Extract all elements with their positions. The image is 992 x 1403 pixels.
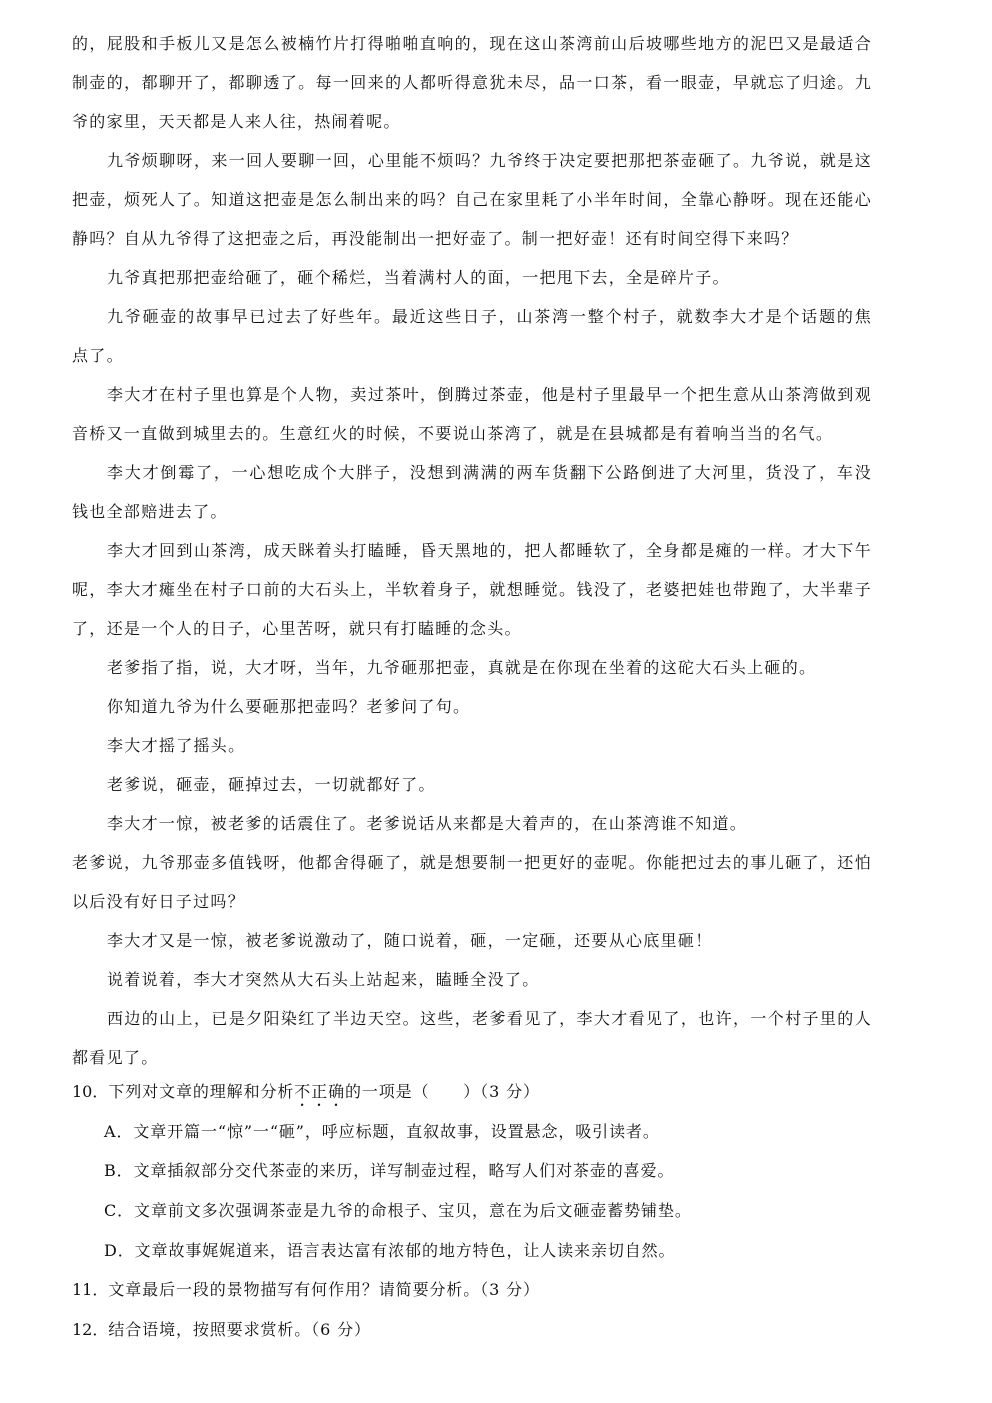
story-line: 静吗？自从九爷得了这把壶之后，再没能制出一把好壶了。制一把好壶！还有时间空得下来… <box>72 219 872 258</box>
option-text: 文章开篇一“惊”一“砸”，呼应标题，直叙故事，设置悬念，吸引读者。 <box>133 1122 659 1141</box>
story-line: 的，屁股和手板儿又是怎么被楠竹片打得啪啪直响的，现在这山茶湾前山后坡哪些地方的泥… <box>72 24 872 63</box>
story-paragraph: 的，屁股和手板儿又是怎么被楠竹片打得啪啪直响的，现在这山茶湾前山后坡哪些地方的泥… <box>72 24 872 141</box>
option-text: 文章插叙部分交代茶壶的来历，详写制壶过程，略写人们对茶壶的喜爱。 <box>134 1161 675 1180</box>
story-text: 的，屁股和手板儿又是怎么被楠竹片打得啪啪直响的，现在这山茶湾前山后坡哪些地方的泥… <box>72 24 872 1077</box>
story-paragraph: 老爹指了指，说，大才呀，当年，九爷砸那把壶，真就是在你现在坐着的这砣大石头上砸的… <box>72 648 872 687</box>
question-number: 10． <box>72 1072 108 1112</box>
story-line: 老爹指了指，说，大才呀，当年，九爷砸那把壶，真就是在你现在坐着的这砣大石头上砸的… <box>72 648 872 687</box>
questions-section: 10．下列对文章的理解和分析不正确的一项是（ ）（3 分） A．文章开篇一“惊”… <box>72 1072 872 1350</box>
story-line: 九爷真把那把壶给砸了，砸个稀烂，当着满村人的面，一把甩下去，全是碎片子。 <box>72 258 872 297</box>
story-paragraph: 九爷真把那把壶给砸了，砸个稀烂，当着满村人的面，一把甩下去，全是碎片子。 <box>72 258 872 297</box>
story-line: 制壶的，都聊开了，都聊透了。每一回来的人都听得意犹未尽，品一口茶，看一眼壶，早就… <box>72 63 872 102</box>
option-label: B． <box>104 1161 134 1180</box>
option-label: C． <box>104 1201 134 1220</box>
story-line: 呢，李大才瘫坐在村子口前的大石头上，半软着身子，就想睡觉。钱没了，老婆把娃也带跑… <box>72 570 872 609</box>
option-d: D．文章故事娓娓道来，语言表达富有浓郁的地方特色，让人读来亲切自然。 <box>72 1231 872 1271</box>
story-paragraph: 说着说着，李大才突然从大石头上站起来，瞌睡全没了。 <box>72 960 872 999</box>
option-c: C．文章前文多次强调茶壶是九爷的命根子、宝贝，意在为后文砸壶蓄势铺垫。 <box>72 1191 872 1231</box>
story-line: 说着说着，李大才突然从大石头上站起来，瞌睡全没了。 <box>72 960 872 999</box>
story-paragraph: 老爹说，砸壶，砸掉过去，一切就都好了。 <box>72 765 872 804</box>
story-line: 把壶，烦死人了。知道这把壶是怎么制出来的吗？自己在家里耗了小半年时间，全靠心静呀… <box>72 180 872 219</box>
story-paragraph: 九爷烦聊呀，来一回人要聊一回，心里能不烦吗？九爷终于决定要把那把茶壶砸了。九爷说… <box>72 141 872 258</box>
option-label: A． <box>104 1122 133 1141</box>
story-line: 李大才在村子里也算是个人物，卖过茶叶，倒腾过茶壶，他是村子里最早一个把生意从山茶… <box>72 375 872 414</box>
story-paragraph: 李大才一惊，被老爹的话震住了。老爹说话从来都是大着声的，在山茶湾谁不知道。 <box>72 804 872 843</box>
story-paragraph: 九爷砸壶的故事早已过去了好些年。最近这些日子，山茶湾一整个村子，就数李大才是个话… <box>72 297 872 375</box>
question-12: 12．结合语境，按照要求赏析。（6 分） <box>72 1310 872 1350</box>
story-paragraph: 李大才倒霉了，一心想吃成个大胖子，没想到满满的两车货翻下公路倒进了大河里，货没了… <box>72 453 872 531</box>
story-paragraph: 你知道九爷为什么要砸那把壶吗？老爹问了句。 <box>72 687 872 726</box>
story-paragraph: 李大才回到山茶湾，成天眯着头打瞌睡，昏天黑地的，把人都睡软了，全身都是瘫的一样。… <box>72 531 872 648</box>
story-paragraph: 老爹说，九爷那壶多值钱呀，他都舍得砸了，就是想要制一把更好的壶呢。你能把过去的事… <box>72 843 872 921</box>
story-line: 以后没有好日子过吗？ <box>72 882 872 921</box>
story-line: 老爹说，九爷那壶多值钱呀，他都舍得砸了，就是想要制一把更好的壶呢。你能把过去的事… <box>72 843 872 882</box>
story-line: 李大才一惊，被老爹的话震住了。老爹说话从来都是大着声的，在山茶湾谁不知道。 <box>72 804 872 843</box>
option-a: A．文章开篇一“惊”一“砸”，呼应标题，直叙故事，设置悬念，吸引读者。 <box>72 1112 872 1152</box>
story-paragraph: 西边的山上，已是夕阳染红了半边天空。这些，老爹看见了，李大才看见了，也许，一个村… <box>72 999 872 1077</box>
story-line: 九爷烦聊呀，来一回人要聊一回，心里能不烦吗？九爷终于决定要把那把茶壶砸了。九爷说… <box>72 141 872 180</box>
story-line: 爷的家里，天天都是人来人往，热闹着呢。 <box>72 102 872 141</box>
story-line: 李大才回到山茶湾，成天眯着头打瞌睡，昏天黑地的，把人都睡软了，全身都是瘫的一样。… <box>72 531 872 570</box>
question-text: 结合语境，按照要求赏析。（6 分） <box>108 1320 371 1339</box>
story-line: 你知道九爷为什么要砸那把壶吗？老爹问了句。 <box>72 687 872 726</box>
story-line: 了，还是一个人的日子，心里苦呀，就只有打瞌睡的念头。 <box>72 609 872 648</box>
story-line: 点了。 <box>72 336 872 375</box>
story-line: 李大才又是一惊，被老爹说激动了，随口说着，砸，一定砸，还要从心底里砸！ <box>72 921 872 960</box>
question-text: 下列对文章的理解和分析 <box>108 1082 294 1101</box>
story-line: 九爷砸壶的故事早已过去了好些年。最近这些日子，山茶湾一整个村子，就数李大才是个话… <box>72 297 872 336</box>
story-line: 西边的山上，已是夕阳染红了半边天空。这些，老爹看见了，李大才看见了，也许，一个村… <box>72 999 872 1038</box>
story-paragraph: 李大才在村子里也算是个人物，卖过茶叶，倒腾过茶壶，他是村子里最早一个把生意从山茶… <box>72 375 872 453</box>
option-label: D． <box>104 1241 135 1260</box>
story-line: 钱也全部赔进去了。 <box>72 492 872 531</box>
exam-page: 的，屁股和手板儿又是怎么被楠竹片打得啪啪直响的，现在这山茶湾前山后坡哪些地方的泥… <box>0 0 992 1403</box>
question-10: 10．下列对文章的理解和分析不正确的一项是（ ）（3 分） <box>72 1072 872 1112</box>
question-number: 12． <box>72 1310 108 1350</box>
question-11: 11．文章最后一段的景物描写有何作用？请简要分析。（3 分） <box>72 1270 872 1310</box>
story-line: 李大才倒霉了，一心想吃成个大胖子，没想到满满的两车货翻下公路倒进了大河里，货没了… <box>72 453 872 492</box>
story-line: 音桥又一直做到城里去的。生意红火的时候，不要说山茶湾了，就是在县城都是有着响当当… <box>72 414 872 453</box>
story-line: 李大才摇了摇头。 <box>72 726 872 765</box>
question-text: 的一项是（ ）（3 分） <box>345 1082 540 1101</box>
story-line: 老爹说，砸壶，砸掉过去，一切就都好了。 <box>72 765 872 804</box>
question-number: 11． <box>72 1270 108 1310</box>
story-paragraph: 李大才摇了摇头。 <box>72 726 872 765</box>
option-text: 文章前文多次强调茶壶是九爷的命根子、宝贝，意在为后文砸壶蓄势铺垫。 <box>134 1201 692 1220</box>
question-text: 文章最后一段的景物描写有何作用？请简要分析。（3 分） <box>108 1280 540 1299</box>
option-text: 文章故事娓娓道来，语言表达富有浓郁的地方特色，让人读来亲切自然。 <box>135 1241 676 1260</box>
option-b: B．文章插叙部分交代茶壶的来历，详写制壶过程，略写人们对茶壶的喜爱。 <box>72 1151 872 1191</box>
emphasized-text: 不正确 <box>294 1082 345 1101</box>
story-paragraph: 李大才又是一惊，被老爹说激动了，随口说着，砸，一定砸，还要从心底里砸！ <box>72 921 872 960</box>
